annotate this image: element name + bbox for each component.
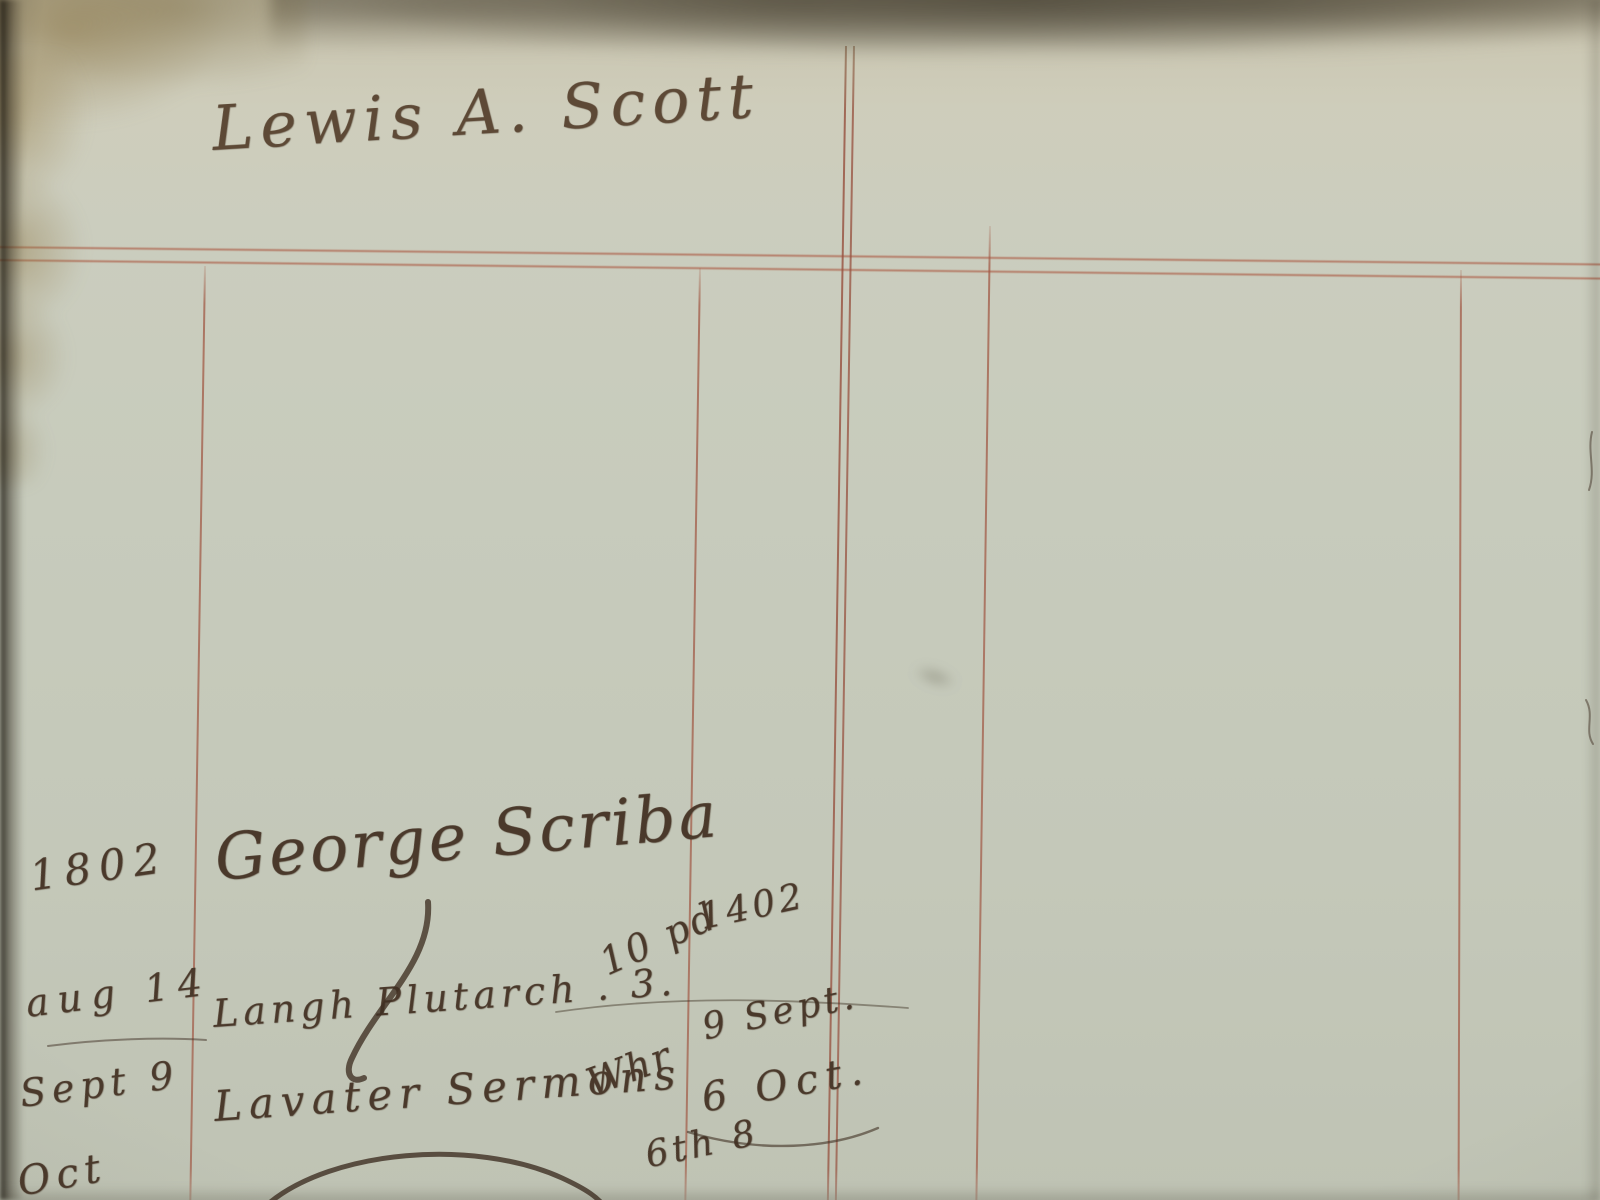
ink-flourishes	[0, 0, 1600, 1200]
bottom-partial-letter-stroke	[268, 1154, 604, 1200]
descender-stroke	[349, 902, 428, 1080]
ledger-page-photo: Lewis A. Scott 1802 George Scriba 1402 1…	[0, 0, 1600, 1200]
right-edge-mark-lower	[1586, 700, 1593, 744]
oct-flourish-stroke	[688, 1128, 878, 1146]
t-cross-stroke	[556, 1000, 908, 1012]
right-edge-mark-upper	[1589, 432, 1592, 490]
date-underline-stroke	[48, 1039, 206, 1046]
